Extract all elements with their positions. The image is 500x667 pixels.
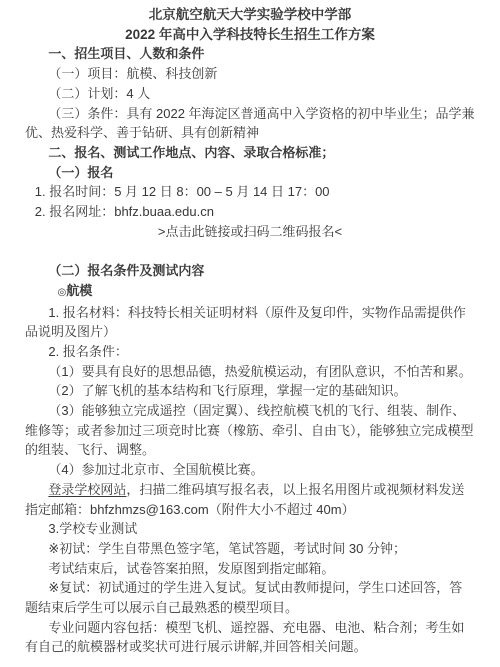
doc-title-line-1: 北京航空航天大学实验学校中学部 (25, 5, 475, 25)
requirements-conditions-label: 2. 报名条件： (25, 342, 475, 362)
section1-heading: 一、招生项目、人数和条件 (25, 44, 475, 64)
category-label: 航模 (66, 283, 92, 298)
first-test-line: ※初试：学生自带黑色签字笔，笔试答题，考试时间 30 分钟； (25, 539, 475, 559)
register-link-row: >点击此链接或扫码二维码报名< (25, 222, 475, 242)
register-link[interactable]: >点击此链接或扫码二维码报名< (158, 224, 342, 239)
school-test-heading: 3.学校专业测试 (25, 519, 475, 539)
section1-project: （一）项目：航模、科技创新 (25, 64, 475, 84)
requirement-condition-4: （4）参加过北京市、全国航模比赛。 (25, 460, 475, 480)
circle-bullet-icon: ◎ (58, 287, 67, 298)
registration-website: 2. 报名网址：bhfz.buaa.edu.cn (25, 202, 475, 222)
registration-website-label: 2. 报名网址： (35, 204, 114, 219)
questions-paragraph: 专业问题内容包括：模型飞机、遥控器、充电器、电池、粘合剂；考生如有自己的航模器材… (25, 618, 475, 657)
section1-conditions: （三）条件：具有 2022 年海淀区普通高中入学资格的初中毕业生；品学兼优、热爱… (25, 104, 475, 143)
second-test-line: ※复试：初试通过的学生进入复试。复试由教师提问，学生口述回答，答题结束后学生可以… (25, 578, 475, 617)
doc-title-line-2: 2022 年高中入学科技特长生招生工作方案 (25, 25, 475, 45)
section1-plan: （二）计划：4 人 (25, 84, 475, 104)
first-test-note: 考试结束后，试卷答案拍照，发原图到指定邮箱。 (25, 559, 475, 579)
registration-heading: （一）报名 (25, 163, 475, 183)
requirement-condition-3: （3）能够独立完成遥控（固定翼）、线控航模飞机的飞行、组装、制作、维修等；或者参… (25, 401, 475, 460)
category-aeromodelling: ◎航模 (25, 281, 475, 303)
school-website-link[interactable]: 登录学校网站 (48, 482, 126, 497)
section2-heading: 二、报名、测试工作地点、内容、录取合格标准； (25, 143, 475, 163)
registration-url: bhfz.buaa.edu.cn (114, 204, 214, 219)
requirement-condition-2: （2）了解飞机的基本结构和飞行原理，掌握一定的基础知识。 (25, 381, 475, 401)
requirement-condition-1: （1）要具有良好的思想品德，热爱航模运动，有团队意识，不怕苦和累。 (25, 362, 475, 382)
requirements-heading: （二）报名条件及测试内容 (25, 261, 475, 281)
registration-time: 1. 报名时间：5 月 12 日 8：00 – 5 月 14 日 17：00 (25, 182, 475, 202)
submit-materials-paragraph: 登录学校网站，扫描二维码填写报名表，以上报名用图片或视频材料发送指定邮箱：bhf… (25, 480, 475, 519)
requirements-materials: 1. 报名材料：科技特长相关证明材料（原件及复印件，实物作品需提供作品说明及图片… (25, 303, 475, 342)
document-page: 北京航空航天大学实验学校中学部 2022 年高中入学科技特长生招生工作方案 一、… (0, 0, 500, 667)
